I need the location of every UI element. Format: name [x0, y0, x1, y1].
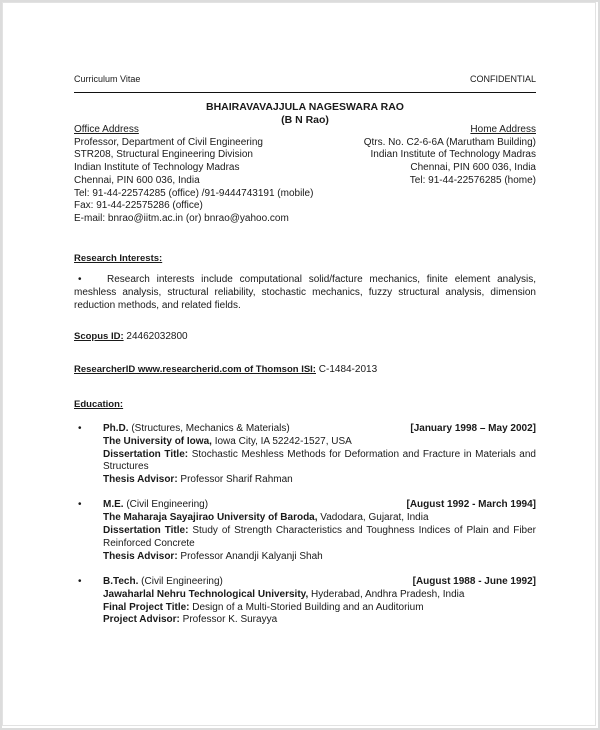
institution-location: Vadodara, Gujarat, India: [318, 512, 429, 523]
degree-field: (Civil Engineering): [124, 499, 208, 510]
institution: The University of Iowa,: [103, 436, 212, 447]
advisor-label: Project Advisor:: [103, 614, 180, 625]
cv-document: Curriculum Vitae CONFIDENTIAL BHAIRAVAVA…: [74, 72, 536, 640]
researcherid-label: ResearcherID www.researcherid.com of Tho…: [74, 364, 316, 375]
research-interests-list: • Research interests include computation…: [74, 273, 536, 312]
home-line: Qtrs. No. C2-6-6A (Marutham Building): [364, 137, 536, 150]
institution: The Maharaja Sayajirao University of Bar…: [103, 512, 318, 523]
office-line: Indian Institute of Technology Madras: [74, 162, 313, 175]
office-phone: Tel: 91-44-22574285 (office) /91-9444743…: [74, 188, 313, 201]
home-phone: Tel: 91-44-22576285 (home): [364, 175, 536, 188]
degree: M.E.: [103, 499, 124, 510]
education-item-btech: • B.Tech. (Civil Engineering) [August 19…: [74, 576, 536, 627]
degree-field: (Structures, Mechanics & Materials): [129, 423, 290, 434]
bullet-icon: •: [78, 576, 82, 589]
header-right: CONFIDENTIAL: [470, 73, 536, 86]
scopus-id: Scopus ID: 24462032800: [74, 331, 536, 344]
degree-dates: [August 1988 - June 1992]: [413, 576, 536, 589]
advisor-value: Professor Sharif Rahman: [178, 474, 293, 485]
address-section: Office Address Professor, Department of …: [74, 124, 536, 226]
advisor-label: Thesis Advisor:: [103, 551, 178, 562]
research-interests-title: Research Interests:: [74, 253, 536, 266]
office-line: Chennai, PIN 600 036, India: [74, 175, 313, 188]
full-name: BHAIRAVAVAJJULA NAGESWARA RAO: [74, 101, 536, 114]
office-line: Professor, Department of Civil Engineeri…: [74, 137, 313, 150]
advisor-value: Professor Anandji Kalyanji Shah: [178, 551, 323, 562]
education-list: • Ph.D. (Structures, Mechanics & Materia…: [74, 423, 536, 627]
title-value: Design of a Multi-Storied Building and a…: [190, 602, 424, 613]
header-left: Curriculum Vitae: [74, 73, 140, 86]
home-address-title: Home Address: [364, 124, 536, 137]
bullet-icon: •: [78, 423, 82, 436]
research-interest-text: Research interests include computational…: [74, 274, 536, 311]
header-rule: [74, 92, 536, 93]
institution-location: Iowa City, IA 52242-1527, USA: [212, 436, 352, 447]
office-line: STR208, Structural Engineering Division: [74, 149, 313, 162]
degree: Ph.D.: [103, 423, 129, 434]
bullet-icon: •: [78, 499, 82, 512]
institution-location: Hyderabad, Andhra Pradesh, India: [308, 589, 464, 600]
education-title: Education:: [74, 399, 536, 412]
office-address: Office Address Professor, Department of …: [74, 124, 313, 226]
home-line: Indian Institute of Technology Madras: [364, 149, 536, 162]
scopus-value: 24462032800: [124, 331, 188, 342]
running-header: Curriculum Vitae CONFIDENTIAL: [74, 72, 536, 86]
degree: B.Tech.: [103, 576, 138, 587]
institution: Jawaharlal Nehru Technological Universit…: [103, 589, 308, 600]
office-email: E-mail: bnrao@iitm.ac.in (or) bnrao@yaho…: [74, 213, 313, 226]
degree-dates: [August 1992 - March 1994]: [407, 499, 537, 512]
education-item-phd: • Ph.D. (Structures, Mechanics & Materia…: [74, 423, 536, 487]
home-address: Home Address Qtrs. No. C2-6-6A (Marutham…: [364, 124, 536, 226]
home-line: Chennai, PIN 600 036, India: [364, 162, 536, 175]
education-item-me: • M.E. (Civil Engineering) [August 1992 …: [74, 499, 536, 563]
title-label: Dissertation Title:: [103, 449, 188, 460]
bullet-icon: •: [78, 273, 82, 286]
title-label: Final Project Title:: [103, 602, 190, 613]
researcher-id: ResearcherID www.researcherid.com of Tho…: [74, 364, 536, 377]
title-label: Dissertation Title:: [103, 525, 188, 536]
scopus-label: Scopus ID:: [74, 331, 124, 342]
degree-field: (Civil Engineering): [138, 576, 222, 587]
office-fax: Fax: 91-44-22575286 (office): [74, 200, 313, 213]
office-address-title: Office Address: [74, 124, 313, 137]
research-interest-item: • Research interests include computation…: [74, 273, 536, 312]
researcherid-value: C-1484-2013: [316, 364, 377, 375]
degree-dates: [January 1998 – May 2002]: [410, 423, 536, 436]
advisor-label: Thesis Advisor:: [103, 474, 178, 485]
advisor-value: Professor K. Surayya: [180, 614, 277, 625]
